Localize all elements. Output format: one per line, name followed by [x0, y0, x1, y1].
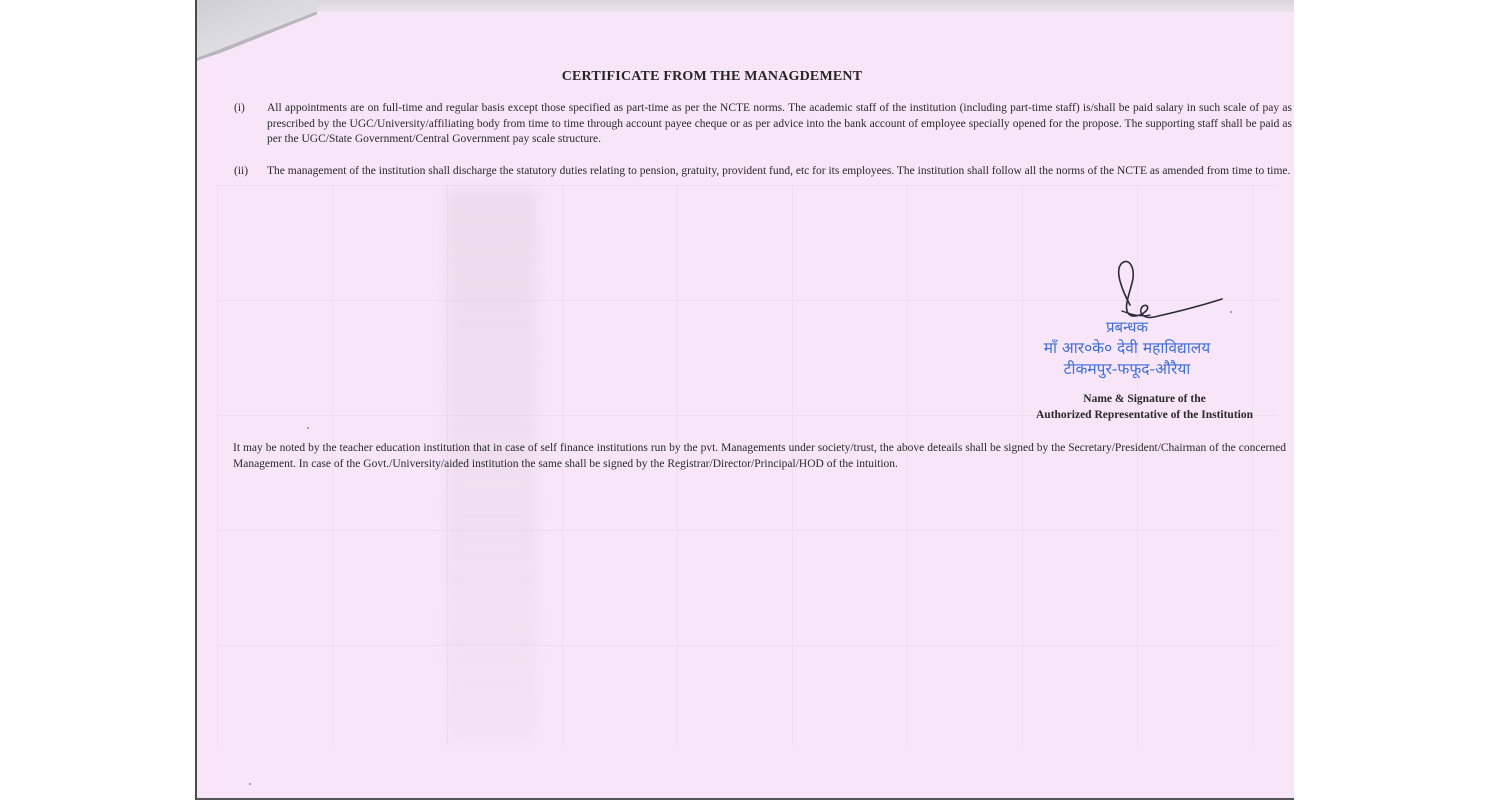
clause-text: All appointments are on full-time and re…: [267, 101, 1292, 148]
signature-caption: Name & Signature of the Authorized Repre…: [1002, 391, 1287, 423]
document-title: CERTIFICATE FROM THE MANAGDEMENT: [197, 69, 1227, 85]
stamp-location: टीकमपुर-फफूद-औरैया: [1002, 359, 1252, 380]
scanned-page: CERTIFICATE FROM THE MANAGDEMENT (i) All…: [195, 0, 1294, 800]
folded-corner: [197, 0, 317, 80]
scan-speck: [249, 783, 251, 785]
institution-stamp: प्रबन्धक माँ आर०के० देवी महाविद्यालय टीक…: [1002, 317, 1252, 380]
clause-number: (i): [234, 101, 264, 117]
signing-note: It may be noted by the teacher education…: [233, 440, 1286, 472]
scan-speck: [307, 427, 309, 429]
signature-caption-line2: Authorized Representative of the Institu…: [1002, 407, 1287, 423]
scan-speck: [1230, 311, 1232, 313]
clause-number: (ii): [234, 164, 264, 180]
signature-caption-line1: Name & Signature of the: [1002, 391, 1287, 407]
stamp-institution-name: माँ आर०के० देवी महाविद्यालय: [1002, 338, 1252, 359]
scanner-edge-strip: [197, 0, 1294, 12]
clause-ii: (ii) The management of the institution s…: [234, 164, 1294, 180]
clause-i: (i) All appointments are on full-time an…: [234, 101, 1294, 148]
signature-block: प्रबन्धक माँ आर०के० देवी महाविद्यालय टीक…: [1002, 255, 1282, 430]
scan-viewer: CERTIFICATE FROM THE MANAGDEMENT (i) All…: [0, 0, 1500, 800]
clause-text: The management of the institution shall …: [267, 164, 1292, 180]
stamp-designation: प्रबन्धक: [1002, 317, 1252, 338]
